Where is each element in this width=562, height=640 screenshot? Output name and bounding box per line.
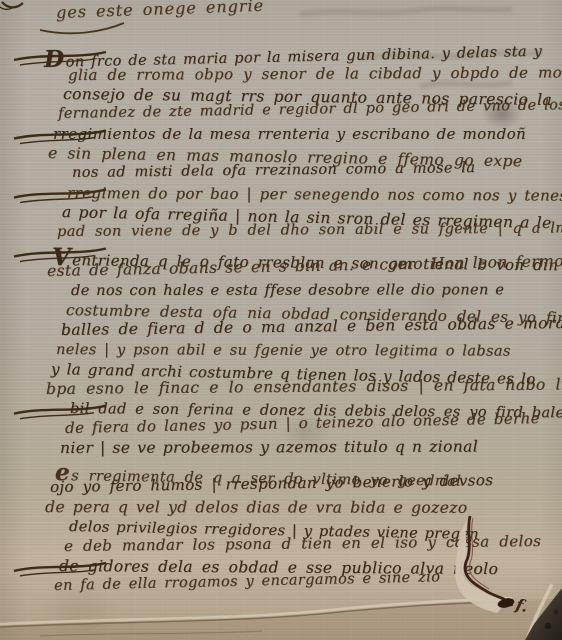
manuscript-line: nos ad misti dela ofa rrezinason como a … [72, 161, 476, 180]
manuscript-line: de pera q vel yd delos dias de vra bida … [45, 500, 467, 516]
manuscript-line: pad son viene de y b del dho son abil e … [57, 221, 562, 239]
manuscript-line: neles | y pson abil e su fgenie ye otro … [56, 343, 511, 359]
manuscript-line: ojo yo fero humos | rrespondan yo benerl… [50, 473, 494, 495]
manuscript-line: nier | se ve probeemos y azemos titulo q… [60, 440, 478, 457]
manuscript-line: de nos con hales e esta ffese desobre el… [71, 283, 504, 298]
manuscript-line: bpa esno le finac e lo ensendantes disos… [46, 377, 562, 397]
manuscript-line: glia de rroma obpo y senor de la cibdad … [68, 65, 562, 83]
manuscript-line: rregimen do por bao | per senegendo nos … [67, 186, 562, 204]
manuscript-photo: Don frco de sta maria por la misera gun … [0, 0, 562, 640]
manuscript-line: rregimientos de la mesa rrenteria y escr… [53, 127, 526, 142]
manuscript-line: e deb mandar los psona d tien en el iso … [64, 534, 541, 554]
manuscript-text-block: Don frco de sta maria por la misera gun … [0, 0, 562, 640]
